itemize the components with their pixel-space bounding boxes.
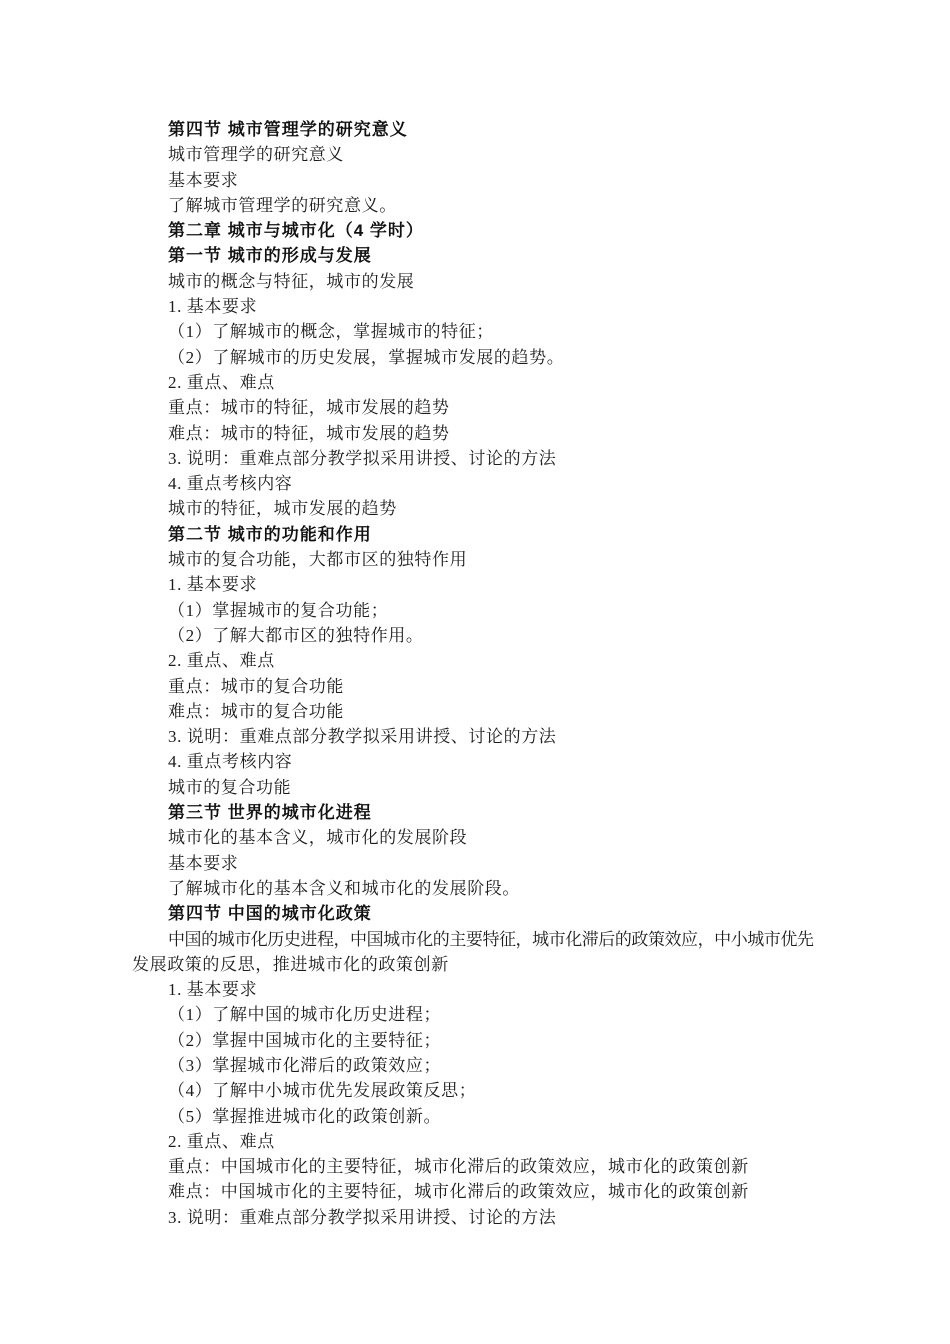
text-line: 重点：中国城市化的主要特征，城市化滞后的政策效应，城市化的政策创新 xyxy=(132,1154,822,1179)
section-heading: 第二章 城市与城市化（4 学时） xyxy=(132,218,822,243)
text-line: 重点：城市的特征，城市发展的趋势 xyxy=(132,395,822,420)
text-line: （4）了解中小城市优先发展政策反思； xyxy=(132,1078,822,1103)
text-line: 1. 基本要求 xyxy=(132,977,822,1002)
document-content: 第四节 城市管理学的研究意义城市管理学的研究意义基本要求了解城市管理学的研究意义… xyxy=(132,117,822,1230)
text-line: 城市管理学的研究意义 xyxy=(132,142,822,167)
text-line: （2）了解城市的历史发展，掌握城市发展的趋势。 xyxy=(132,345,822,370)
text-line: 难点：城市的特征，城市发展的趋势 xyxy=(132,421,822,446)
text-line: （5）掌握推进城市化的政策创新。 xyxy=(132,1104,822,1129)
text-line: （1）了解中国的城市化历史进程； xyxy=(132,1002,822,1027)
text-line: （2）了解大都市区的独特作用。 xyxy=(132,623,822,648)
text-line: 3. 说明：重难点部分教学拟采用讲授、讨论的方法 xyxy=(132,446,822,471)
text-line: 难点：城市的复合功能 xyxy=(132,699,822,724)
text-line: 2. 重点、难点 xyxy=(132,370,822,395)
text-line: 城市的复合功能，大都市区的独特作用 xyxy=(132,547,822,572)
text-line: 基本要求 xyxy=(132,851,822,876)
text-line: 4. 重点考核内容 xyxy=(132,749,822,774)
paragraph-line-first: 中国的城市化历史进程，中国城市化的主要特征，城市化滞后的政策效应，中小城市优先 xyxy=(132,927,822,952)
text-line: 城市的概念与特征，城市的发展 xyxy=(132,269,822,294)
text-line: （3）掌握城市化滞后的政策效应； xyxy=(132,1053,822,1078)
text-line: 重点：城市的复合功能 xyxy=(132,674,822,699)
text-line: （1）了解城市的概念，掌握城市的特征； xyxy=(132,319,822,344)
text-line: 了解城市化的基本含义和城市化的发展阶段。 xyxy=(132,876,822,901)
text-line: 了解城市管理学的研究意义。 xyxy=(132,193,822,218)
text-line: 城市的复合功能 xyxy=(132,775,822,800)
section-heading: 第四节 中国的城市化政策 xyxy=(132,901,822,926)
text-line: （2）掌握中国城市化的主要特征； xyxy=(132,1028,822,1053)
text-line: 3. 说明：重难点部分教学拟采用讲授、讨论的方法 xyxy=(132,1205,822,1230)
paragraph-line-continuation: 发展政策的反思，推进城市化的政策创新 xyxy=(132,952,822,977)
text-line: 4. 重点考核内容 xyxy=(132,471,822,496)
text-line: 城市化的基本含义，城市化的发展阶段 xyxy=(132,825,822,850)
text-line: 1. 基本要求 xyxy=(132,572,822,597)
text-line: 难点：中国城市化的主要特征，城市化滞后的政策效应，城市化的政策创新 xyxy=(132,1179,822,1204)
text-line: 城市的特征，城市发展的趋势 xyxy=(132,496,822,521)
text-line: 基本要求 xyxy=(132,168,822,193)
section-heading: 第四节 城市管理学的研究意义 xyxy=(132,117,822,142)
section-heading: 第三节 世界的城市化进程 xyxy=(132,800,822,825)
section-heading: 第一节 城市的形成与发展 xyxy=(132,243,822,268)
text-line: 3. 说明：重难点部分教学拟采用讲授、讨论的方法 xyxy=(132,724,822,749)
document-page: 第四节 城市管理学的研究意义城市管理学的研究意义基本要求了解城市管理学的研究意义… xyxy=(0,0,950,1344)
section-heading: 第二节 城市的功能和作用 xyxy=(132,522,822,547)
text-line: 2. 重点、难点 xyxy=(132,648,822,673)
text-line: （1）掌握城市的复合功能； xyxy=(132,598,822,623)
text-line: 2. 重点、难点 xyxy=(132,1129,822,1154)
text-line: 1. 基本要求 xyxy=(132,294,822,319)
